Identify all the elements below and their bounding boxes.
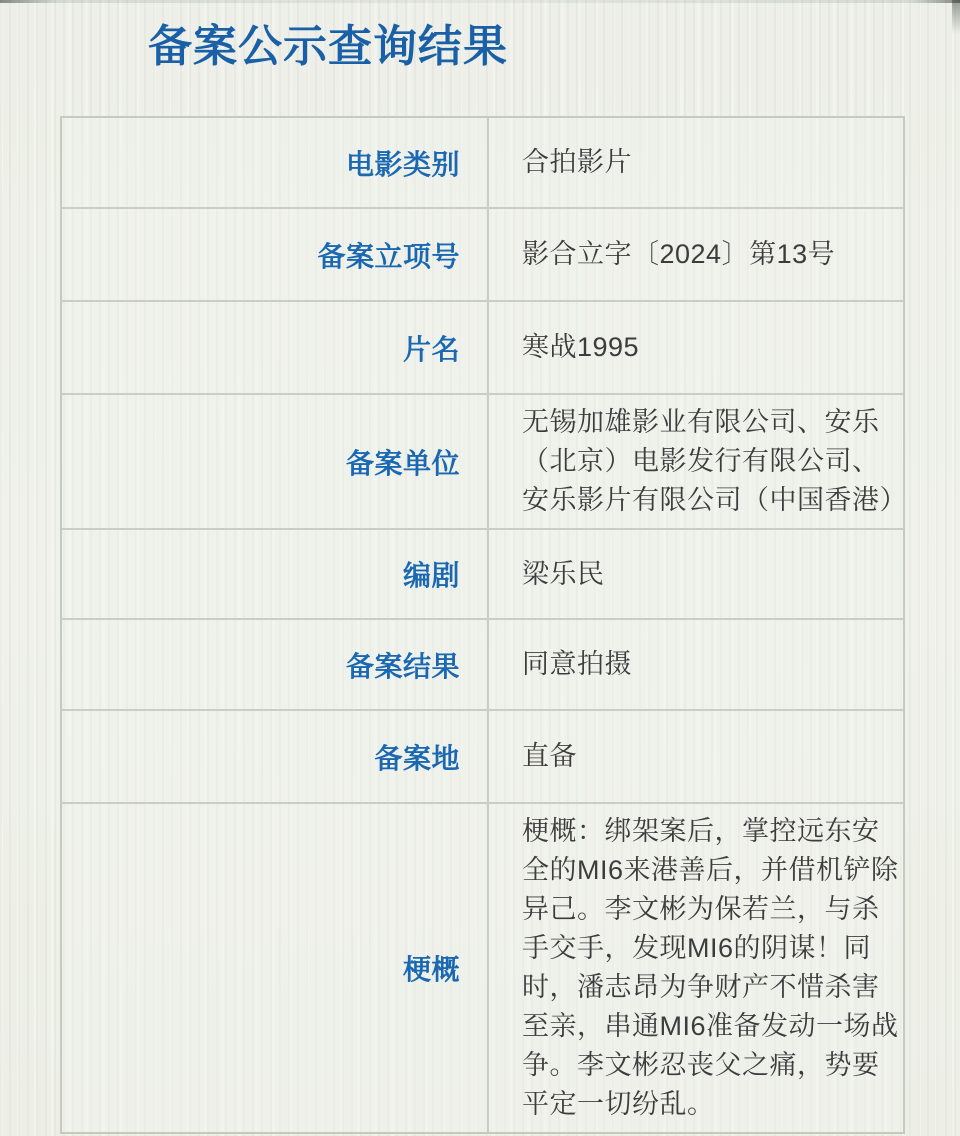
filing-result-table: 电影类别 合拍影片 备案立项号 影合立字〔2024〕第13号 片名 寒战1995… <box>60 116 905 1134</box>
row-label: 备案单位 <box>62 395 489 528</box>
row-label: 梗概 <box>62 804 489 1132</box>
row-value: 影合立字〔2024〕第13号 <box>489 209 903 300</box>
row-value: 梗概：绑架案后，掌控远东安全的MI6来港善后，并借机铲除异己。李文彬为保若兰，与… <box>489 804 903 1132</box>
table-row-filing-units: 备案单位 无锡加雄影业有限公司、安乐（北京）电影发行有限公司、安乐影片有限公司（… <box>62 395 903 530</box>
page: 备案公示查询结果 电影类别 合拍影片 备案立项号 影合立字〔2024〕第13号 … <box>0 0 960 1136</box>
row-label: 电影类别 <box>62 118 489 207</box>
row-label: 片名 <box>62 302 489 393</box>
table-row-filing-result: 备案结果 同意拍摄 <box>62 620 903 711</box>
row-label: 备案立项号 <box>62 209 489 300</box>
table-row-filing-number: 备案立项号 影合立字〔2024〕第13号 <box>62 209 903 302</box>
row-value: 寒战1995 <box>489 302 903 393</box>
row-value: 合拍影片 <box>489 118 903 207</box>
row-label: 备案地 <box>62 711 489 802</box>
table-row-film-title: 片名 寒战1995 <box>62 302 903 395</box>
row-value: 梁乐民 <box>489 530 903 618</box>
table-row-filing-place: 备案地 直备 <box>62 711 903 804</box>
table-row-synopsis: 梗概 梗概：绑架案后，掌控远东安全的MI6来港善后，并借机铲除异己。李文彬为保若… <box>62 804 903 1132</box>
row-label: 备案结果 <box>62 620 489 709</box>
row-value: 同意拍摄 <box>489 620 903 709</box>
row-value: 无锡加雄影业有限公司、安乐（北京）电影发行有限公司、安乐影片有限公司（中国香港） <box>489 395 903 528</box>
table-row-screenwriter: 编剧 梁乐民 <box>62 530 903 620</box>
page-title: 备案公示查询结果 <box>148 10 508 74</box>
row-value: 直备 <box>489 711 903 802</box>
row-label: 编剧 <box>62 530 489 618</box>
table-row-film-category: 电影类别 合拍影片 <box>62 118 903 209</box>
